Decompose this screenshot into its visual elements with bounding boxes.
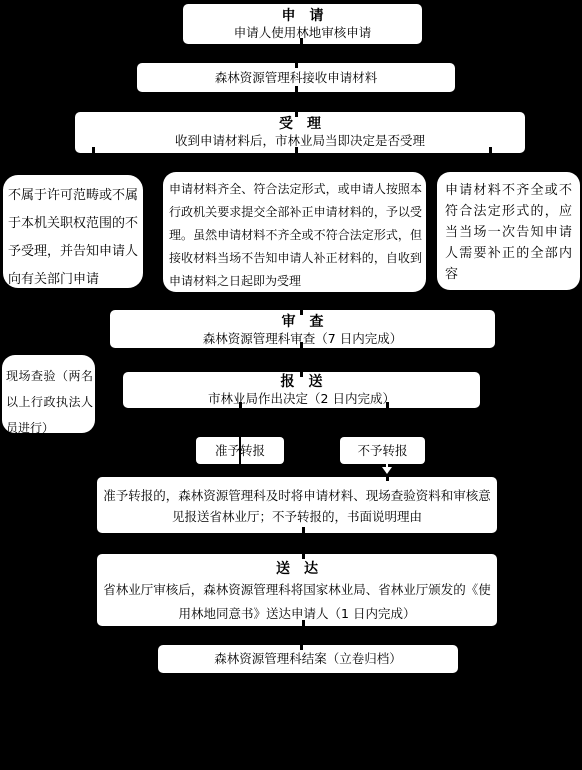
connector-tick: [295, 63, 298, 68]
connector-tick: [239, 402, 242, 408]
apply-title: 申 请: [183, 4, 422, 25]
accept-title: 受 理: [75, 112, 525, 133]
forward-text: 准予转报的，森林资源管理科及时将申请材料、现场查验资料和审核意见报送省林业厅；不…: [103, 488, 491, 524]
connector-line: [239, 437, 241, 466]
accept-subtitle: 收到申请材料后，市林业局当即决定是否受理: [75, 133, 525, 149]
branch-right-text: 申请材料不齐全或不符合法定形式的，应当当场一次告知申请人需要补正的全部内容: [445, 183, 572, 282]
connector-tick: [92, 147, 95, 153]
connector-tick: [295, 147, 298, 153]
receive-text: 森林资源管理科接收申请材料: [215, 70, 378, 85]
connector-tick: [302, 620, 305, 626]
reject-label: 不予转报: [340, 437, 425, 464]
close-text: 森林资源管理科结案（立卷归档）: [214, 651, 402, 666]
connector-tick: [302, 527, 305, 533]
branch-middle-text: 申请材料齐全、符合法定形式，或申请人按照本行政机关要求提交全部补正申请材料的，予…: [169, 182, 422, 288]
submit-box: 报 送 市林业局作出决定（2 日内完成）: [123, 372, 480, 408]
arrow-down-icon: [382, 467, 392, 474]
forward-box: 准予转报的，森林资源管理科及时将申请材料、现场查验资料和审核意见报送省林业厅；不…: [97, 477, 497, 533]
reject-label-text: 不予转报: [357, 443, 407, 458]
flowchart-canvas: 申 请 申请人使用林地审核申请 森林资源管理科接收申请材料 受 理 收到申请材料…: [0, 0, 582, 770]
close-box: 森林资源管理科结案（立卷归档）: [158, 645, 458, 673]
branch-left-text: 不属于许可范畴或不属于本机关职权范围的不予受理，并告知申请人向有关部门申请: [8, 188, 138, 287]
connector-tick: [386, 477, 389, 481]
connector-tick: [295, 86, 298, 92]
connector-tick: [302, 554, 305, 559]
branch-middle-box: 申请材料齐全、符合法定形式，或申请人按照本行政机关要求提交全部补正申请材料的，予…: [163, 172, 426, 292]
deliver-subtitle: 省林业厅审核后，森林资源管理科将国家林业局、省林业厅颁发的《使用林地同意书》送达…: [97, 578, 497, 626]
connector-tick: [300, 342, 303, 348]
accept-box: 受 理 收到申请材料后，市林业局当即决定是否受理: [75, 112, 525, 153]
branch-right-box: 申请材料不齐全或不符合法定形式的，应当当场一次告知申请人需要补正的全部内容: [437, 172, 580, 290]
connector-tick: [300, 645, 303, 650]
connector-tick: [489, 147, 492, 153]
branch-left-box: 不属于许可范畴或不属于本机关职权范围的不予受理，并告知申请人向有关部门申请: [3, 175, 143, 288]
connector-tick: [300, 372, 303, 377]
connector-tick: [300, 38, 303, 44]
site-check-box: 现场查验（两名以上行政执法人员进行）: [2, 355, 95, 433]
deliver-box: 送 达 省林业厅审核后，森林资源管理科将国家林业局、省林业厅颁发的《使用林地同意…: [97, 554, 497, 626]
submit-subtitle: 市林业局作出决定（2 日内完成）: [123, 391, 480, 407]
site-check-text: 现场查验（两名以上行政执法人员进行）: [6, 369, 93, 435]
connector-tick: [300, 310, 303, 315]
connector-tick: [295, 112, 298, 117]
connector-tick: [386, 402, 389, 408]
deliver-title: 送 达: [97, 554, 497, 578]
